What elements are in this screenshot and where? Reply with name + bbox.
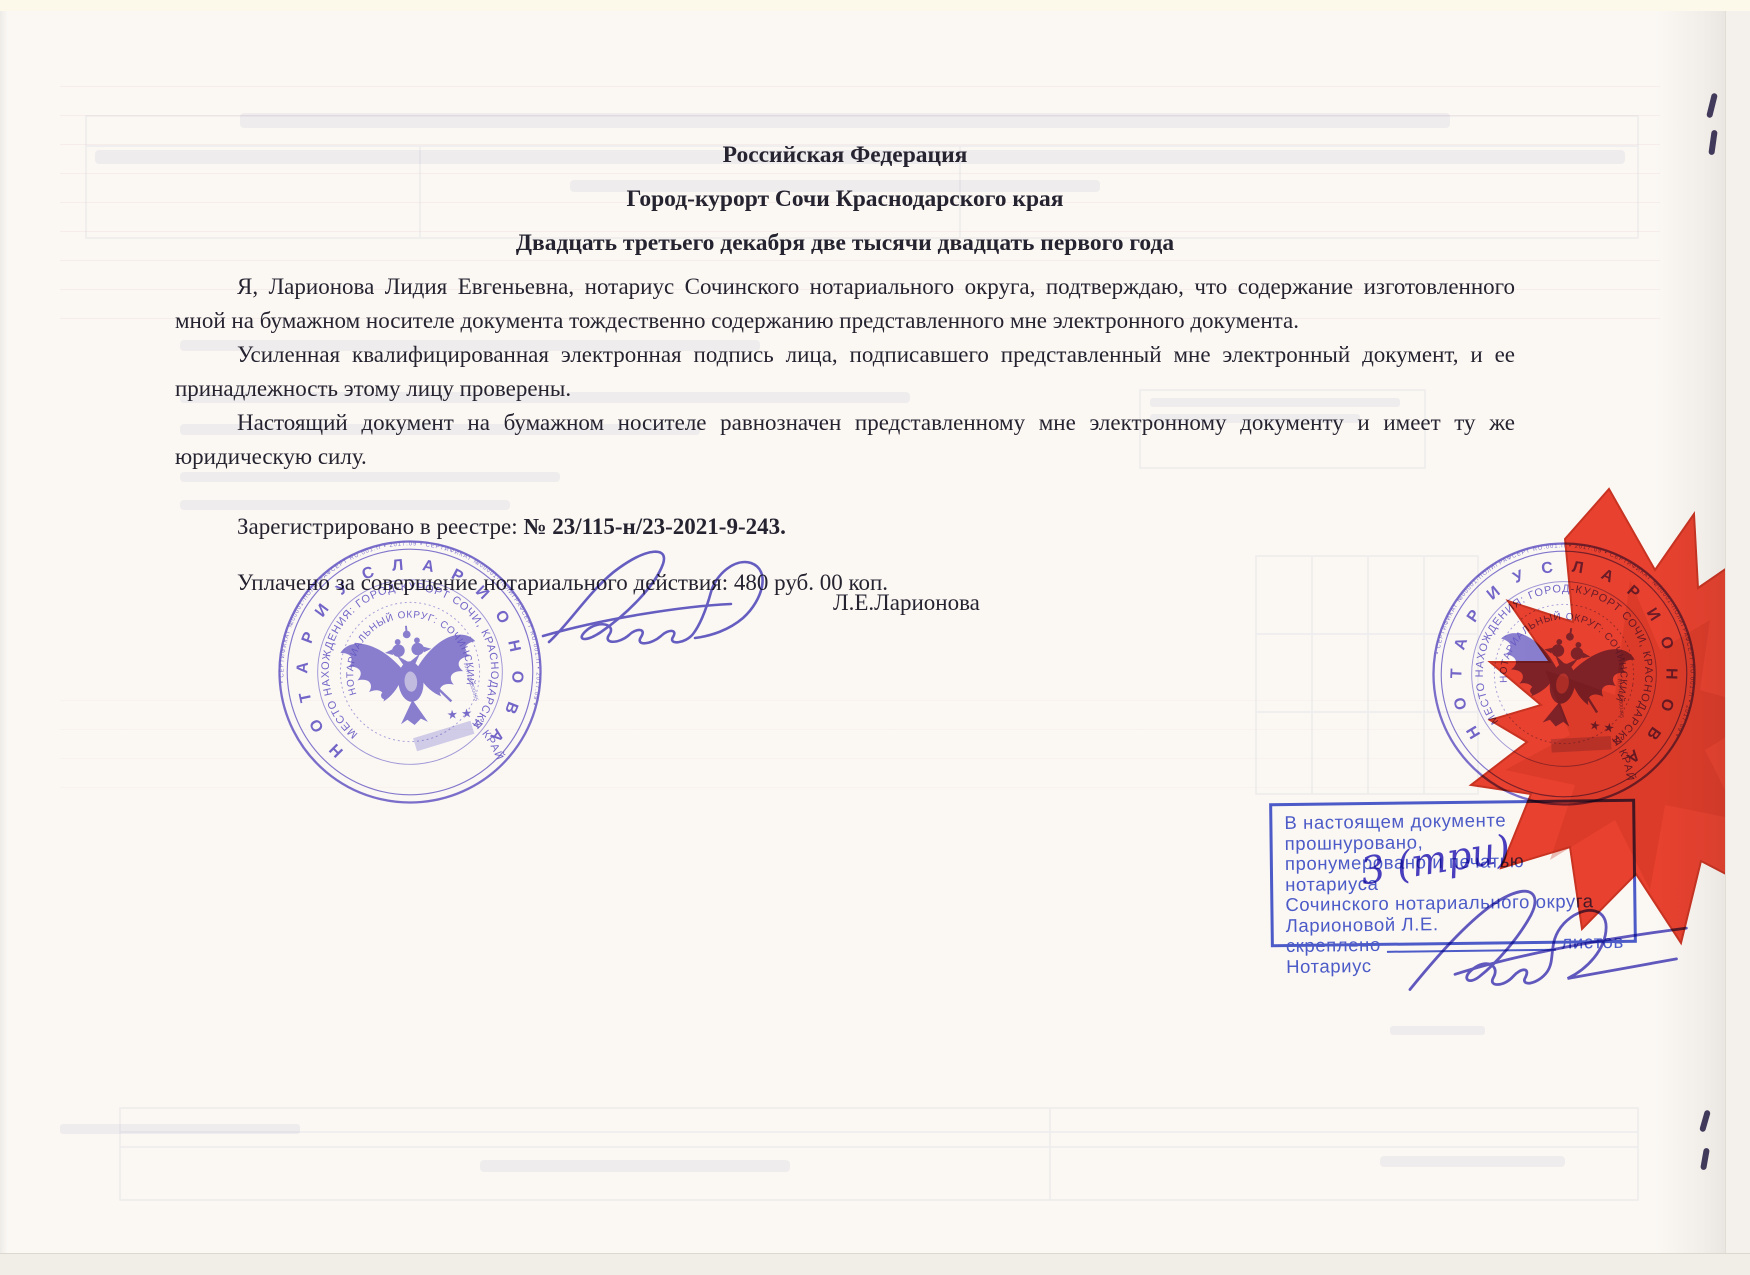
paragraph-identity: Я, Ларионова Лидия Евгеньевна, нотариус … xyxy=(175,270,1515,338)
stamp-ink-smudge xyxy=(413,721,474,751)
scan-edge-left xyxy=(0,11,8,1253)
city-title: Город-курорт Сочи Краснодарского края xyxy=(175,182,1515,216)
scanned-notarial-document: Российская Федерация Город-курорт Сочи К… xyxy=(0,0,1750,1275)
double-headed-eagle-icon xyxy=(1489,618,1638,738)
scan-edge-top xyxy=(0,0,1750,11)
stamp-stars: ★ ★ xyxy=(1588,718,1616,736)
date-line: Двадцать третьего декабря две тысячи два… xyxy=(175,226,1515,260)
sealed-label: скреплено xyxy=(1286,935,1381,957)
notary-signature-binder xyxy=(1391,870,1699,1016)
page-fold-shadow xyxy=(1655,11,1725,1253)
paragraph-equivalence: Настоящий документ на бумажном носителе … xyxy=(175,406,1515,474)
stamp-stars: ★ ★ xyxy=(446,706,473,722)
registry-number: № 23/115-н/23-2021-9-243. xyxy=(523,514,786,539)
stamp-inn-microtext: ИНН 232300495 xyxy=(1616,678,1624,718)
paragraph-signature-check: Усиленная квалифицированная электронная … xyxy=(175,338,1515,406)
scan-edge-right xyxy=(1725,11,1750,1253)
notary-signature-main xyxy=(535,540,855,660)
notary-round-stamp-left: • СЕРТИФИКАТ №00001-ПОЛИГРАФСЕРТ RU.001.… xyxy=(253,515,567,829)
scan-edge-bottom xyxy=(0,1253,1750,1275)
country-title: Российская Федерация xyxy=(175,138,1515,172)
signatory-name: Л.Е.Ларионова xyxy=(833,590,980,616)
stamp-ink-smudge xyxy=(1551,736,1612,753)
